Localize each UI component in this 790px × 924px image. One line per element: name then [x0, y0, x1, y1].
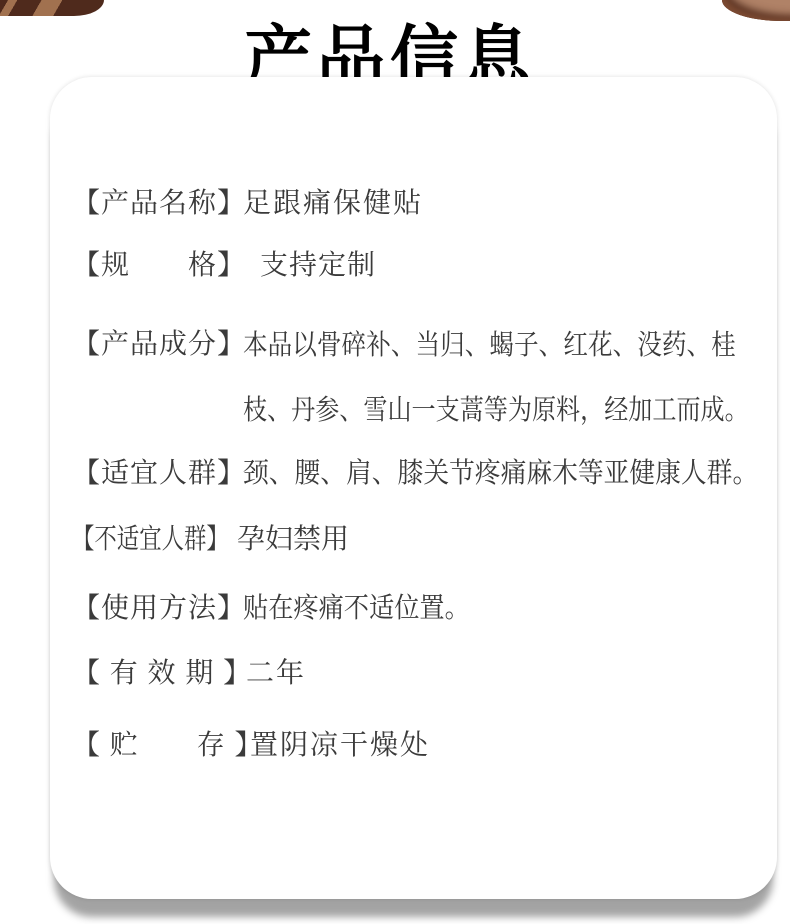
info-label-suitable-people: 【适宜人群】 — [72, 456, 246, 490]
info-label-storage: 【 贮 存 】 — [72, 728, 264, 762]
info-label-unsuitable-people: 【不适宜人群】 — [72, 522, 229, 556]
ingredients-line-1: 本品以骨碎补、当归、蝎子、红花、没药、桂 — [243, 312, 760, 377]
info-row-unsuitable-people: 【不适宜人群】 孕妇禁用 — [50, 522, 777, 556]
info-label-product-name: 【产品名称】 — [72, 186, 246, 220]
info-value-storage: 置阴凉干燥处 — [250, 728, 430, 762]
info-row-suitable-people: 【适宜人群】 颈、腰、肩、膝关节疼痛麻木等亚健康人群。 — [50, 456, 777, 490]
product-info-page: 产品信息 【产品名称】 足跟痛保健贴 【规 格】 支持定制 【产品成分】 本品以… — [0, 0, 790, 924]
info-value-ingredients: 本品以骨碎补、当归、蝎子、红花、没药、桂 枝、丹参、雪山一支蒿等为原料，经加工而… — [243, 312, 790, 442]
info-row-product-name: 【产品名称】 足跟痛保健贴 — [50, 186, 777, 220]
info-value-product-name: 足跟痛保健贴 — [243, 186, 423, 220]
info-value-usage-method: 贴在疼痛不适位置。 — [243, 591, 470, 625]
product-info-card: 【产品名称】 足跟痛保健贴 【规 格】 支持定制 【产品成分】 本品以骨碎补、当… — [50, 77, 777, 899]
info-value-specification: 支持定制 — [260, 248, 376, 282]
info-row-storage: 【 贮 存 】 置阴凉干燥处 — [50, 728, 777, 762]
info-row-usage-method: 【使用方法】 贴在疼痛不适位置。 — [50, 591, 777, 625]
ingredients-line-2: 枝、丹参、雪山一支蒿等为原料，经加工而成。 — [243, 377, 749, 442]
info-value-suitable-people: 颈、腰、肩、膝关节疼痛麻木等亚健康人群。 — [243, 456, 758, 490]
info-label-usage-method: 【使用方法】 — [72, 591, 246, 625]
info-label-specification: 【规 格】 — [72, 248, 246, 282]
info-value-shelf-life: 二年 — [246, 656, 306, 690]
info-value-unsuitable-people: 孕妇禁用 — [237, 522, 349, 556]
info-label-shelf-life: 【 有 效 期 】 — [72, 656, 252, 690]
info-row-ingredients: 【产品成分】 本品以骨碎补、当归、蝎子、红花、没药、桂 枝、丹参、雪山一支蒿等为… — [50, 327, 777, 361]
info-label-ingredients: 【产品成分】 — [72, 327, 246, 361]
info-row-specification: 【规 格】 支持定制 — [50, 248, 777, 282]
photo-strip-right — [722, 0, 790, 21]
info-row-shelf-life: 【 有 效 期 】 二年 — [50, 656, 777, 690]
photo-strip-left — [0, 0, 104, 16]
